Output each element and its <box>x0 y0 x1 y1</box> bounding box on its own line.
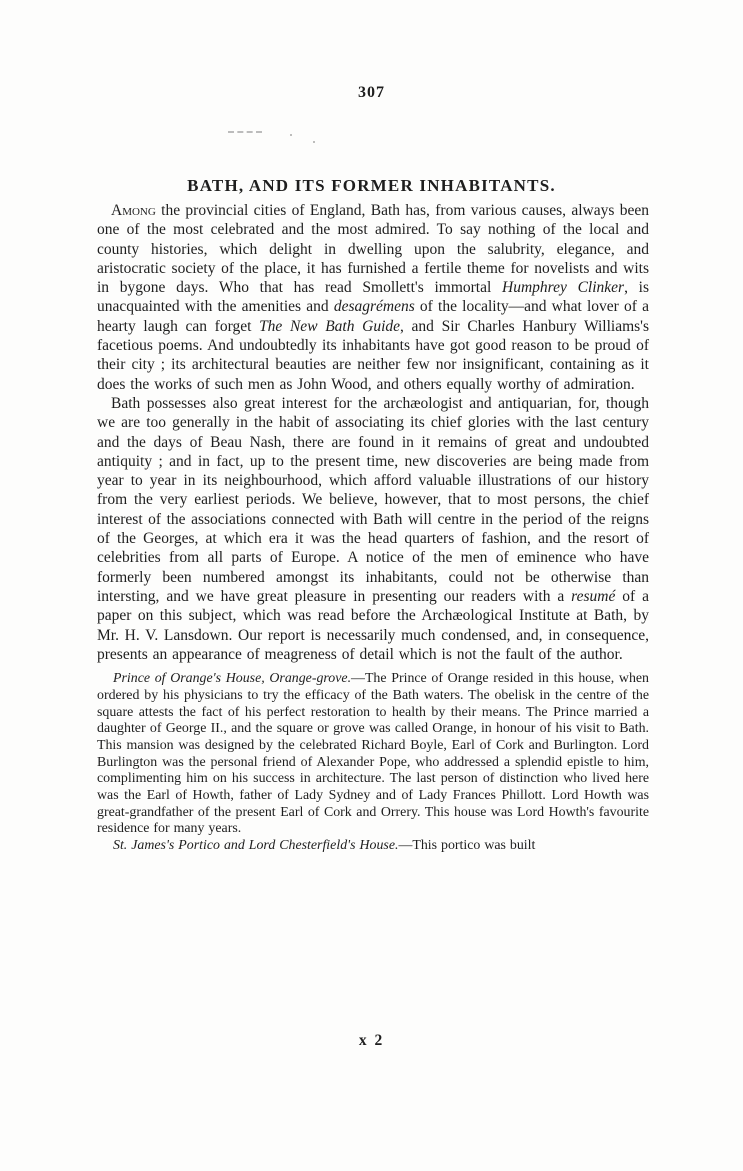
text-segment: —This portico was built <box>398 838 535 853</box>
text-segment: Bath possesses also great interest for t… <box>97 395 649 605</box>
article-title: BATH, AND ITS FORMER INHABITANTS. <box>0 176 743 196</box>
article-body: Among the provincial cities of England, … <box>97 201 649 855</box>
scan-artifact-dot <box>313 141 315 143</box>
scanned-page: 307 BATH, AND ITS FORMER INHABITANTS. Am… <box>0 0 743 1171</box>
text-segment: resumé <box>571 588 615 605</box>
text-segment: Humphrey Clinker <box>502 279 624 296</box>
text-segment: St. James's Portico and Lord Chesterfiel… <box>113 838 398 853</box>
signature-mark: x 2 <box>0 1032 743 1050</box>
scan-artifact-dashes <box>228 131 262 133</box>
page-number: 307 <box>0 84 743 102</box>
text-segment: The New Bath Guide <box>259 318 400 335</box>
text-segment: desagrémens <box>334 298 415 315</box>
paragraph: Prince of Orange's House, Orange-grove.—… <box>97 671 649 838</box>
scan-artifact-dot <box>290 134 292 136</box>
paragraph: Bath possesses also great interest for t… <box>97 394 649 664</box>
paragraph: Among the provincial cities of England, … <box>97 201 649 394</box>
text-segment: Among <box>111 202 156 219</box>
text-segment: Prince of Orange's House, Orange-grove. <box>113 671 351 686</box>
paragraph: St. James's Portico and Lord Chesterfiel… <box>97 838 649 855</box>
text-segment: —The Prince of Orange resided in this ho… <box>97 671 649 836</box>
